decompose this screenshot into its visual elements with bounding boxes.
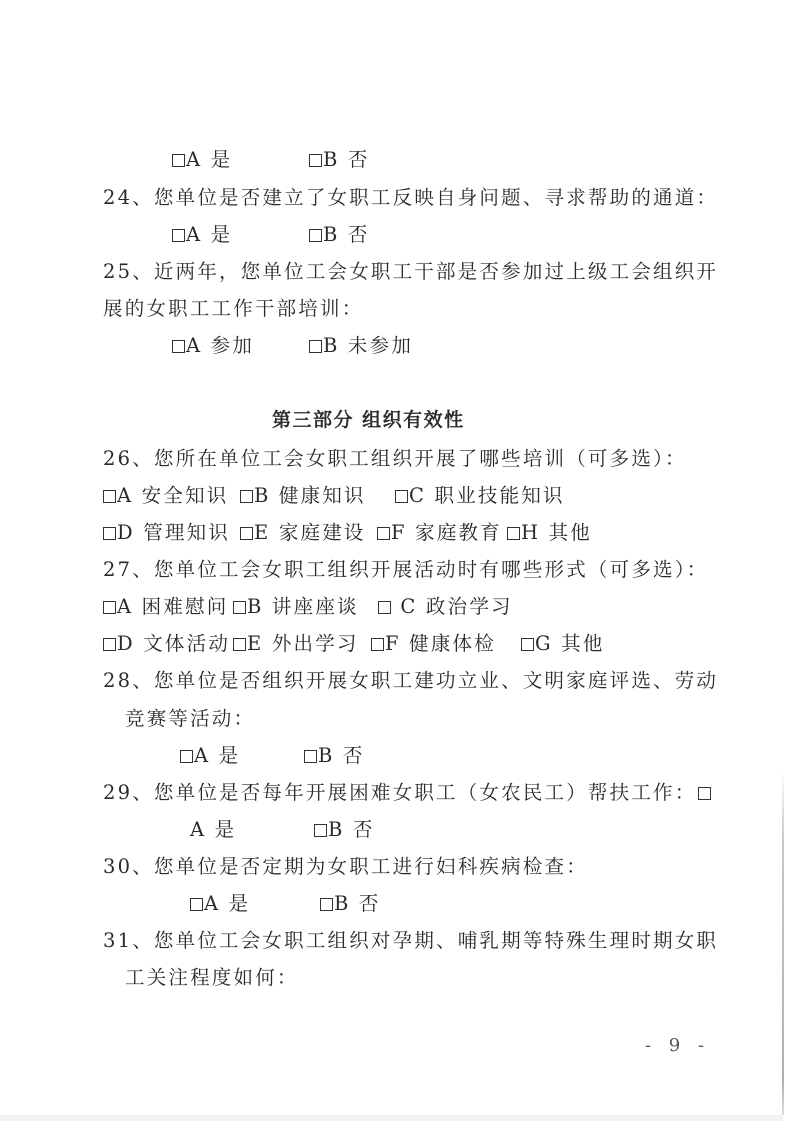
q28-option-a[interactable]: A 是: [180, 744, 240, 768]
q23-option-b[interactable]: B 否: [309, 148, 370, 172]
checkbox-icon[interactable]: [320, 898, 333, 911]
checkbox-icon[interactable]: [371, 638, 384, 651]
q27-option-b[interactable]: B 讲座座谈: [233, 595, 359, 619]
checkbox-icon[interactable]: [172, 229, 185, 242]
scan-edge-line: [782, 770, 784, 1115]
q23-option-a[interactable]: A 是: [172, 148, 232, 172]
page-number: - 9 -: [645, 1035, 710, 1056]
q24-text: 24、您单位是否建立了女职工反映自身问题、寻求帮助的通道：: [103, 186, 718, 210]
q26-text: 26、您所在单位工会女职工组织开展了哪些培训（可多选）：: [103, 447, 687, 471]
q28-text-line1: 28、您单位是否组织开展女职工建功立业、文明家庭评选、劳动: [103, 669, 718, 693]
checkbox-icon[interactable]: [103, 527, 116, 540]
checkbox-icon[interactable]: [233, 601, 246, 614]
checkbox-icon[interactable]: [378, 601, 391, 614]
checkbox-icon[interactable]: [304, 750, 317, 763]
q29-option-b[interactable]: B 否: [314, 818, 375, 842]
checkbox-icon[interactable]: [309, 154, 322, 167]
q26-option-a[interactable]: A 安全知识: [103, 484, 228, 508]
q31-text-line2: 工关注程度如何：: [125, 966, 299, 990]
q29-option-a[interactable]: A 是: [190, 818, 236, 842]
checkbox-icon[interactable]: [103, 490, 116, 503]
q27-option-e[interactable]: E 外出学习: [233, 632, 359, 656]
checkbox-icon[interactable]: [103, 601, 116, 614]
checkbox-icon[interactable]: [103, 638, 116, 651]
q26-option-h[interactable]: H 其他: [507, 521, 592, 545]
q26-option-d[interactable]: D 管理知识: [103, 521, 230, 545]
checkbox-icon[interactable]: [233, 638, 246, 651]
q27-option-a[interactable]: A 困难慰问: [103, 595, 228, 619]
checkbox-icon[interactable]: [190, 898, 203, 911]
q27-option-f[interactable]: F 健康体检: [371, 632, 496, 656]
q27-option-d[interactable]: D 文体活动: [103, 632, 230, 656]
q29-option-a-checkbox[interactable]: [698, 787, 711, 800]
checkbox-icon[interactable]: [172, 340, 185, 353]
q25-option-b[interactable]: B 未参加: [309, 334, 413, 358]
section-heading: 第三部分 组织有效性: [272, 405, 465, 432]
q30-option-b[interactable]: B 否: [320, 892, 381, 916]
checkbox-icon[interactable]: [309, 340, 322, 353]
scan-bottom-shade: [0, 1115, 783, 1121]
q30-text: 30、您单位是否定期为女职工进行妇科疾病检查：: [103, 855, 588, 879]
q28-text-line2: 竞赛等活动：: [125, 707, 255, 731]
q25-text-line2: 展的女职工工作干部培训：: [103, 297, 363, 321]
q30-option-a[interactable]: A 是: [190, 892, 250, 916]
q26-option-c[interactable]: C 职业技能知识: [395, 484, 565, 508]
q25-text-line1: 25、近两年，您单位工会女职工干部是否参加过上级工会组织开: [103, 260, 718, 284]
checkbox-icon[interactable]: [521, 638, 534, 651]
checkbox-icon[interactable]: [507, 527, 520, 540]
q27-option-g[interactable]: G 其他: [521, 632, 605, 656]
checkbox-icon[interactable]: [240, 490, 253, 503]
q24-option-a[interactable]: A 是: [172, 223, 232, 247]
checkbox-icon[interactable]: [172, 154, 185, 167]
checkbox-icon[interactable]: [180, 750, 193, 763]
checkbox-icon[interactable]: [377, 527, 390, 540]
q27-text: 27、您单位工会女职工组织开展活动时有哪些形式（可多选）：: [103, 558, 708, 582]
q26-option-f[interactable]: F 家庭教育: [377, 521, 502, 545]
checkbox-icon[interactable]: [309, 229, 322, 242]
q26-option-b[interactable]: B 健康知识: [240, 484, 366, 508]
checkbox-icon[interactable]: [314, 824, 327, 837]
q31-text-line1: 31、您单位工会女职工组织对孕期、哺乳期等特殊生理时期女职: [103, 929, 718, 953]
q29-text-line1: 29、您单位是否每年开展困难女职工（女农民工）帮扶工作：: [103, 781, 712, 805]
q26-option-e[interactable]: E 家庭建设: [240, 521, 366, 545]
q28-option-b[interactable]: B 否: [304, 744, 365, 768]
q27-option-c[interactable]: C 政治学习: [378, 595, 513, 619]
q25-option-a[interactable]: A 参加: [172, 334, 254, 358]
document-page: A 是 B 否 24、您单位是否建立了女职工反映自身问题、寻求帮助的通道： A …: [0, 0, 793, 1121]
checkbox-icon[interactable]: [395, 490, 408, 503]
q24-option-b[interactable]: B 否: [309, 223, 370, 247]
checkbox-icon[interactable]: [240, 527, 253, 540]
